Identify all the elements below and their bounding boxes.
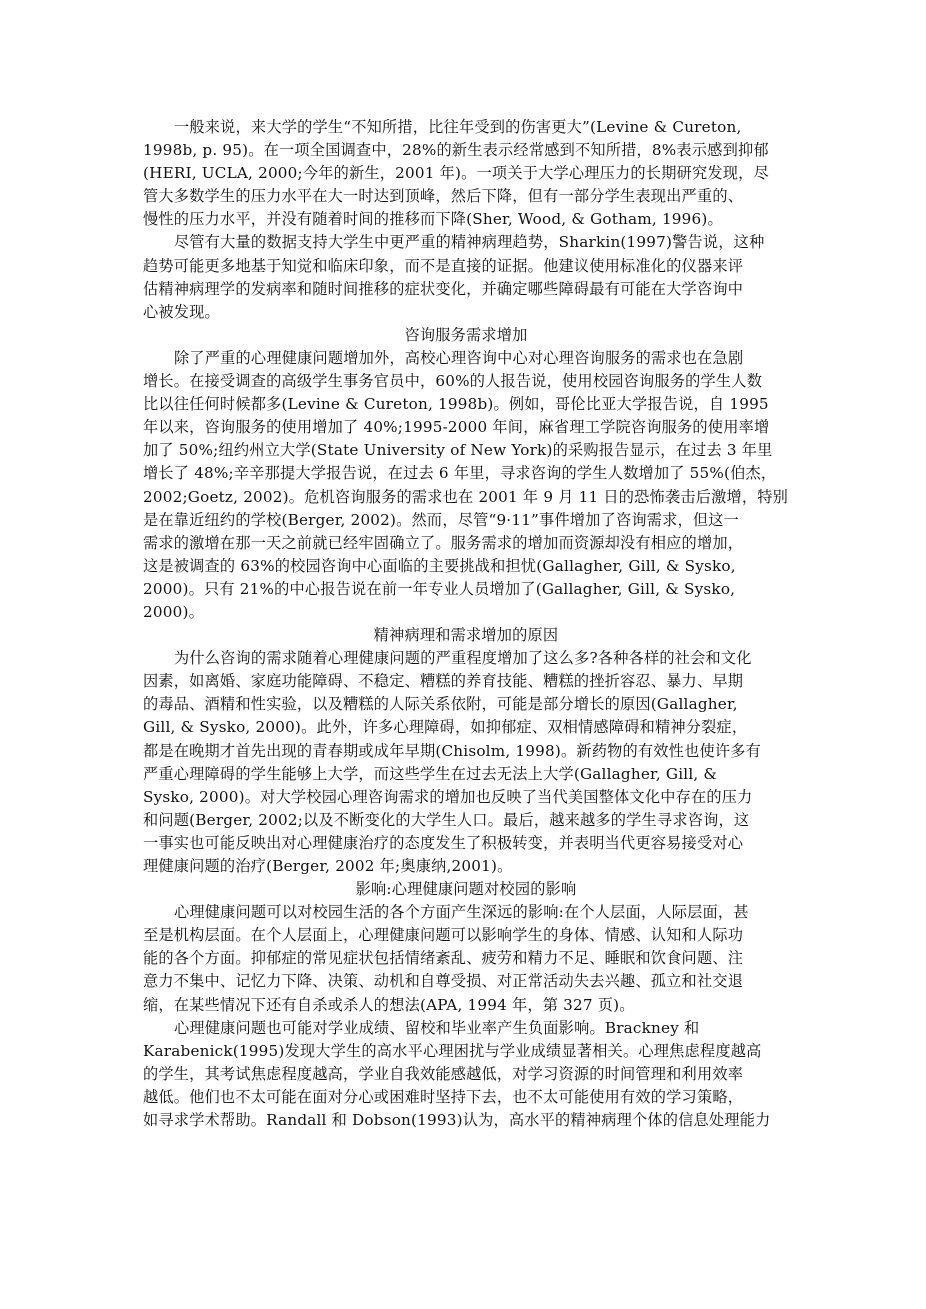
text-line: 都是在晚期才首先出现的青春期或成年早期(Chisolm, 1998)。新药物的有…: [143, 740, 789, 763]
text-line: 管大多数学生的压力水平在大一时达到顶峰，然后下降，但有一部分学生表现出严重的、: [143, 185, 789, 208]
text-line: 如寻求学术帮助。Randall 和 Dobson(1993)认为，高水平的精神病…: [143, 1109, 789, 1132]
text-line: 越低。他们也不太可能在面对分心或困难时坚持下去，也不太可能使用有效的学习策略，: [143, 1086, 789, 1109]
text-line: 这是被调查的 63%的校园咨询中心面临的主要挑战和担忧(Gallagher, G…: [143, 555, 789, 578]
text-line: 一般来说，来大学的学生“不知所措，比往年受到的伤害更大”(Levine & Cu…: [143, 116, 789, 139]
document-page: 一般来说，来大学的学生“不知所措，比往年受到的伤害更大”(Levine & Cu…: [143, 116, 789, 1132]
text-line: 2000)。: [143, 601, 789, 624]
text-line: 趋势可能更多地基于知觉和临床印象，而不是直接的证据。他建议使用标准化的仪器来评: [143, 255, 789, 278]
text-line: 因素，如离婚、家庭功能障碍、不稳定、糟糕的养育技能、糟糕的挫折容忍、暴力、早期: [143, 670, 789, 693]
text-line: 年以来，咨询服务的使用增加了 40%;1995-2000 年间，麻省理工学院咨询…: [143, 416, 789, 439]
text-line: 心被发现。: [143, 301, 789, 324]
text-line: 一事实也可能反映出对心理健康治疗的态度发生了积极转变，并表明当代更容易接受对心: [143, 832, 789, 855]
text-line: 估精神病理学的发病率和随时间推移的症状变化，并确定哪些障碍最有可能在大学咨询中: [143, 278, 789, 301]
text-line: 尽管有大量的数据支持大学生中更严重的精神病理趋势，Sharkin(1997)警告…: [143, 231, 789, 254]
text-line: 增长。在接受调查的高级学生事务官员中，60%的人报告说，使用校园咨询服务的学生人…: [143, 370, 789, 393]
text-line: 理健康问题的治疗(Berger, 2002 年;奥康纳,2001)。: [143, 855, 789, 878]
text-line: 1998b, p. 95)。在一项全国调查中，28%的新生表示经常感到不知所措，…: [143, 139, 789, 162]
text-line: 2000)。只有 21%的中心报告说在前一年专业人员增加了(Gallagher,…: [143, 578, 789, 601]
text-line: 心理健康问题可以对校园生活的各个方面产生深远的影响:在个人层面，人际层面，甚: [143, 901, 789, 924]
paragraph: 为什么咨询的需求随着心理健康问题的严重程度增加了这么多?各种各样的社会和文化 因…: [143, 647, 789, 878]
text-line: 慢性的压力水平，并没有随着时间的推移而下降(Sher, Wood, & Goth…: [143, 208, 789, 231]
text-line: 能的各个方面。抑郁症的常见症状包括情绪紊乱、疲劳和精力不足、睡眠和饮食问题、注: [143, 947, 789, 970]
text-line: 和问题(Berger, 2002;以及不断变化的大学生人口。最后，越来越多的学生…: [143, 809, 789, 832]
text-line: 是在靠近纽约的学校(Berger, 2002)。然而，尽管“9·11”事件增加了…: [143, 509, 789, 532]
paragraph: 除了严重的心理健康问题增加外，高校心理咨询中心对心理咨询服务的需求也在急剧 增长…: [143, 347, 789, 624]
text-line: 加了 50%;纽约州立大学(State University of New Yo…: [143, 439, 789, 462]
paragraph: 心理健康问题也可能对学业成绩、留校和毕业率产生负面影响。Brackney 和 K…: [143, 1017, 789, 1132]
text-line: (HERI, UCLA, 2000;今年的新生，2001 年)。一项关于大学心理…: [143, 162, 789, 185]
paragraph: 心理健康问题可以对校园生活的各个方面产生深远的影响:在个人层面，人际层面，甚 至…: [143, 901, 789, 1016]
text-line: Karabenick(1995)发现大学生的高水平心理困扰与学业成绩显著相关。心…: [143, 1040, 789, 1063]
text-line: 意力不集中、记忆力下降、决策、动机和自尊受损、对正常活动失去兴趣、孤立和社交退: [143, 970, 789, 993]
text-line: 2002;Goetz, 2002)。危机咨询服务的需求也在 2001 年 9 月…: [143, 486, 789, 509]
text-line: Sysko, 2000)。对大学校园心理咨询需求的增加也反映了当代美国整体文化中…: [143, 786, 789, 809]
text-line: 至是机构层面。在个人层面上，心理健康问题可以影响学生的身体、情感、认知和人际功: [143, 924, 789, 947]
text-line: 缩，在某些情况下还有自杀或杀人的想法(APA, 1994 年，第 327 页)。: [143, 994, 789, 1017]
text-line: 严重心理障碍的学生能够上大学，而这些学生在过去无法上大学(Gallagher, …: [143, 763, 789, 786]
text-line: 增长了 48%;辛辛那提大学报告说，在过去 6 年里，寻求咨询的学生人数增加了 …: [143, 462, 789, 485]
paragraph: 尽管有大量的数据支持大学生中更严重的精神病理趋势，Sharkin(1997)警告…: [143, 231, 789, 323]
section-heading: 精神病理和需求增加的原因: [143, 624, 789, 647]
text-line: 需求的激增在那一天之前就已经牢固确立了。服务需求的增加而资源却没有相应的增加，: [143, 532, 789, 555]
text-line: 除了严重的心理健康问题增加外，高校心理咨询中心对心理咨询服务的需求也在急剧: [143, 347, 789, 370]
text-line: 为什么咨询的需求随着心理健康问题的严重程度增加了这么多?各种各样的社会和文化: [143, 647, 789, 670]
text-line: 的学生，其考试焦虑程度越高，学业自我效能感越低，对学习资源的时间管理和利用效率: [143, 1063, 789, 1086]
text-line: 比以往任何时候都多(Levine & Cureton, 1998b)。例如，哥伦…: [143, 393, 789, 416]
text-line: 心理健康问题也可能对学业成绩、留校和毕业率产生负面影响。Brackney 和: [143, 1017, 789, 1040]
text-line: 的毒品、酒精和性实验，以及糟糕的人际关系依附，可能是部分增长的原因(Gallag…: [143, 693, 789, 716]
text-line: Gill, & Sysko, 2000)。此外，许多心理障碍，如抑郁症、双相情感…: [143, 716, 789, 739]
section-heading: 咨询服务需求增加: [143, 324, 789, 347]
paragraph: 一般来说，来大学的学生“不知所措，比往年受到的伤害更大”(Levine & Cu…: [143, 116, 789, 231]
section-heading: 影响:心理健康问题对校园的影响: [143, 878, 789, 901]
